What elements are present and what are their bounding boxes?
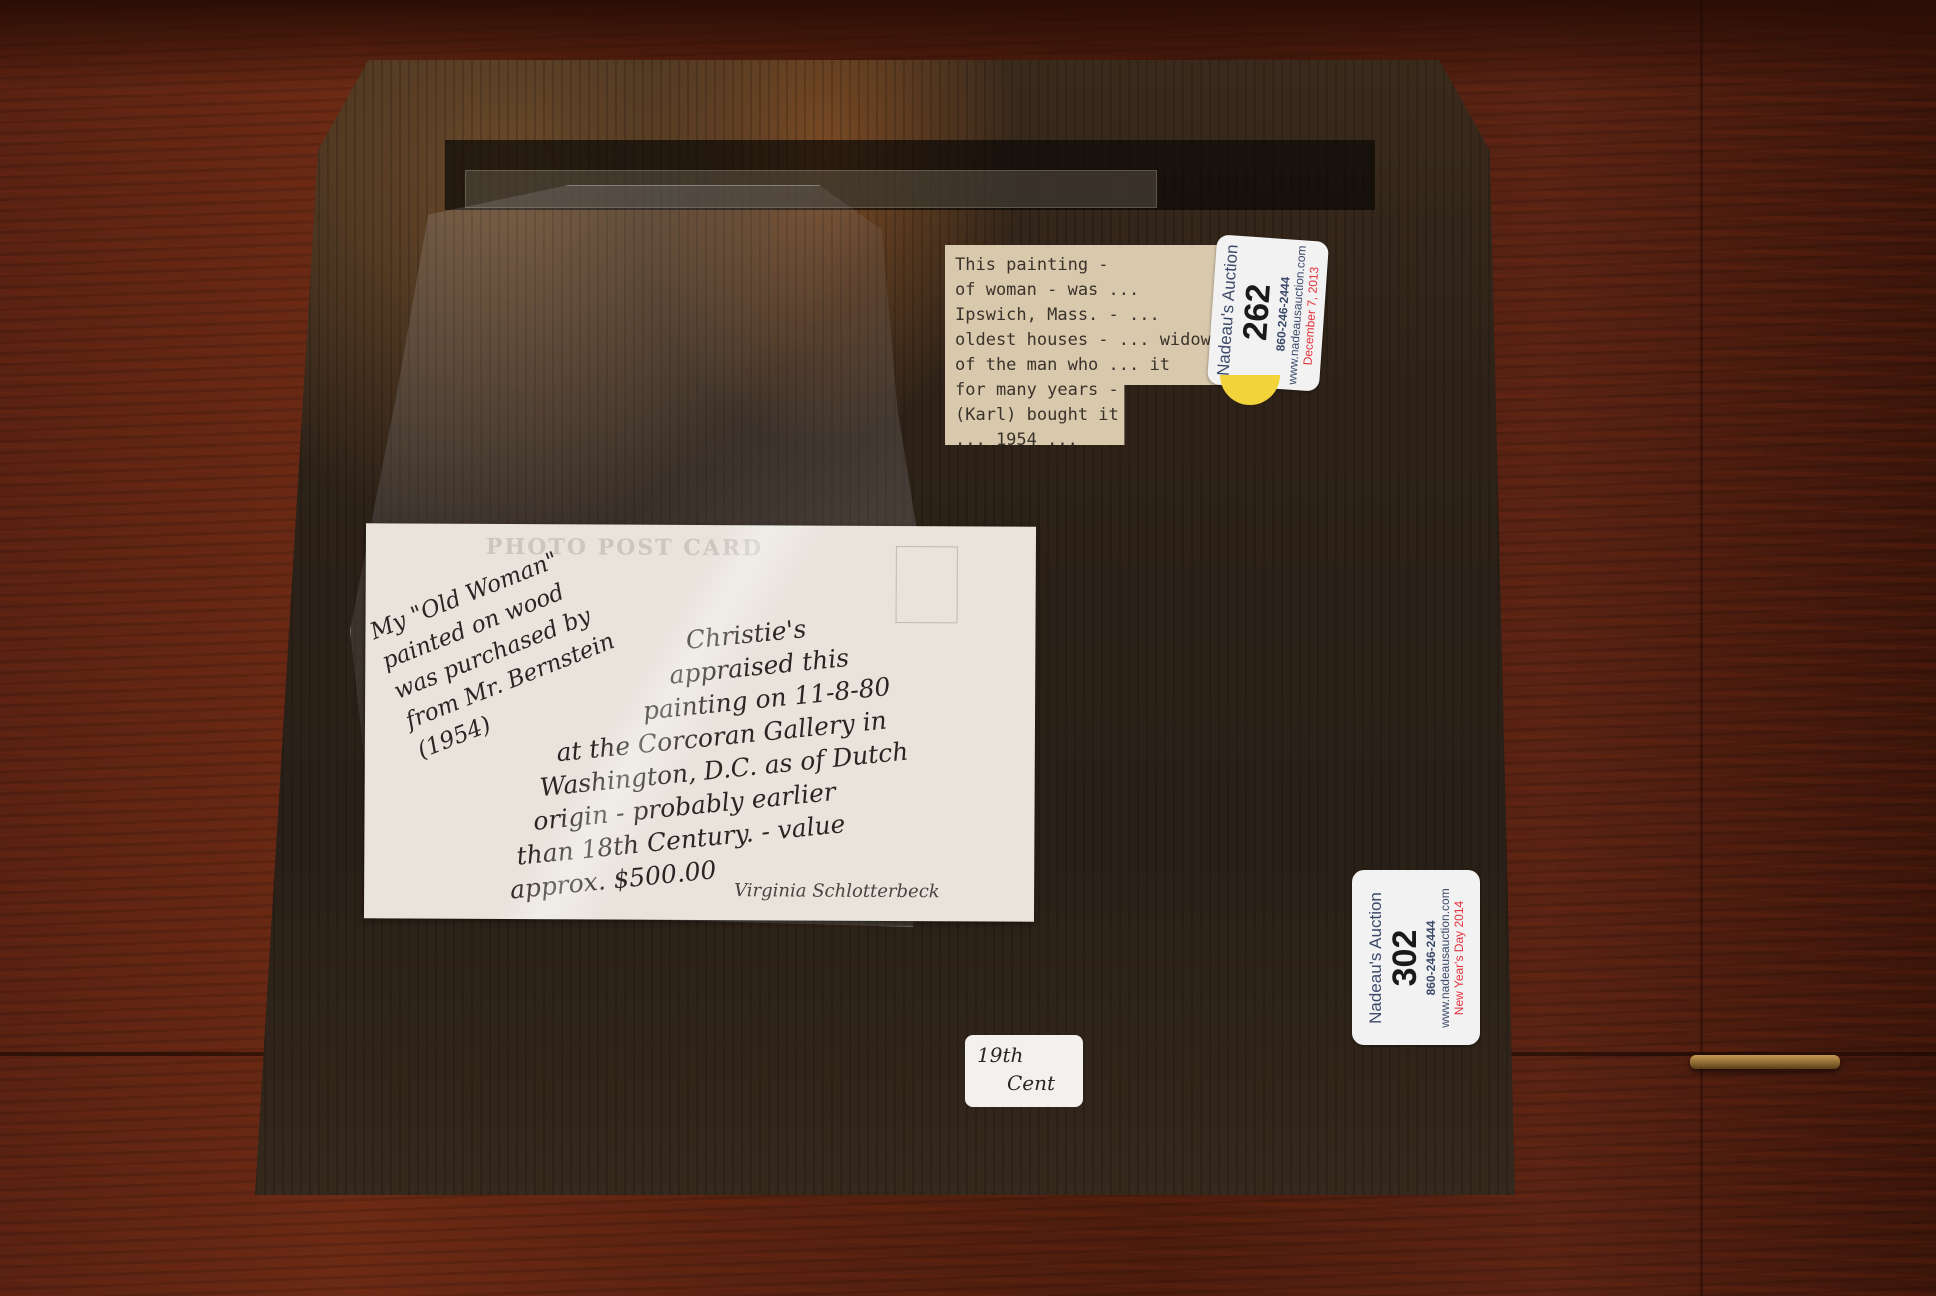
auction-tag-262: Nadeau's Auction 262 860-246-2444 www.na… xyxy=(1207,234,1329,391)
table-seam-vertical xyxy=(1700,0,1703,1296)
plastic-glare xyxy=(364,523,1036,922)
tag-date: New Year's Day 2014 xyxy=(1452,888,1466,1027)
century-label: 19th Cent xyxy=(965,1035,1083,1107)
auction-tag-302: Nadeau's Auction 302 860-246-2444 www.na… xyxy=(1352,870,1480,1045)
tag-brand: Nadeau's Auction xyxy=(1366,888,1386,1027)
tag-url: www.nadeausauction.com xyxy=(1438,888,1452,1027)
century-label-text: 19th Cent xyxy=(977,1041,1055,1097)
tag-lot-number: 302 xyxy=(1386,888,1424,1027)
tag-phone: 860-246-2444 xyxy=(1424,888,1438,1027)
photo-postcard: PHOTO POST CARD My "Old Woman" painted o… xyxy=(364,523,1036,922)
brass-hinge-pin xyxy=(1690,1055,1840,1069)
